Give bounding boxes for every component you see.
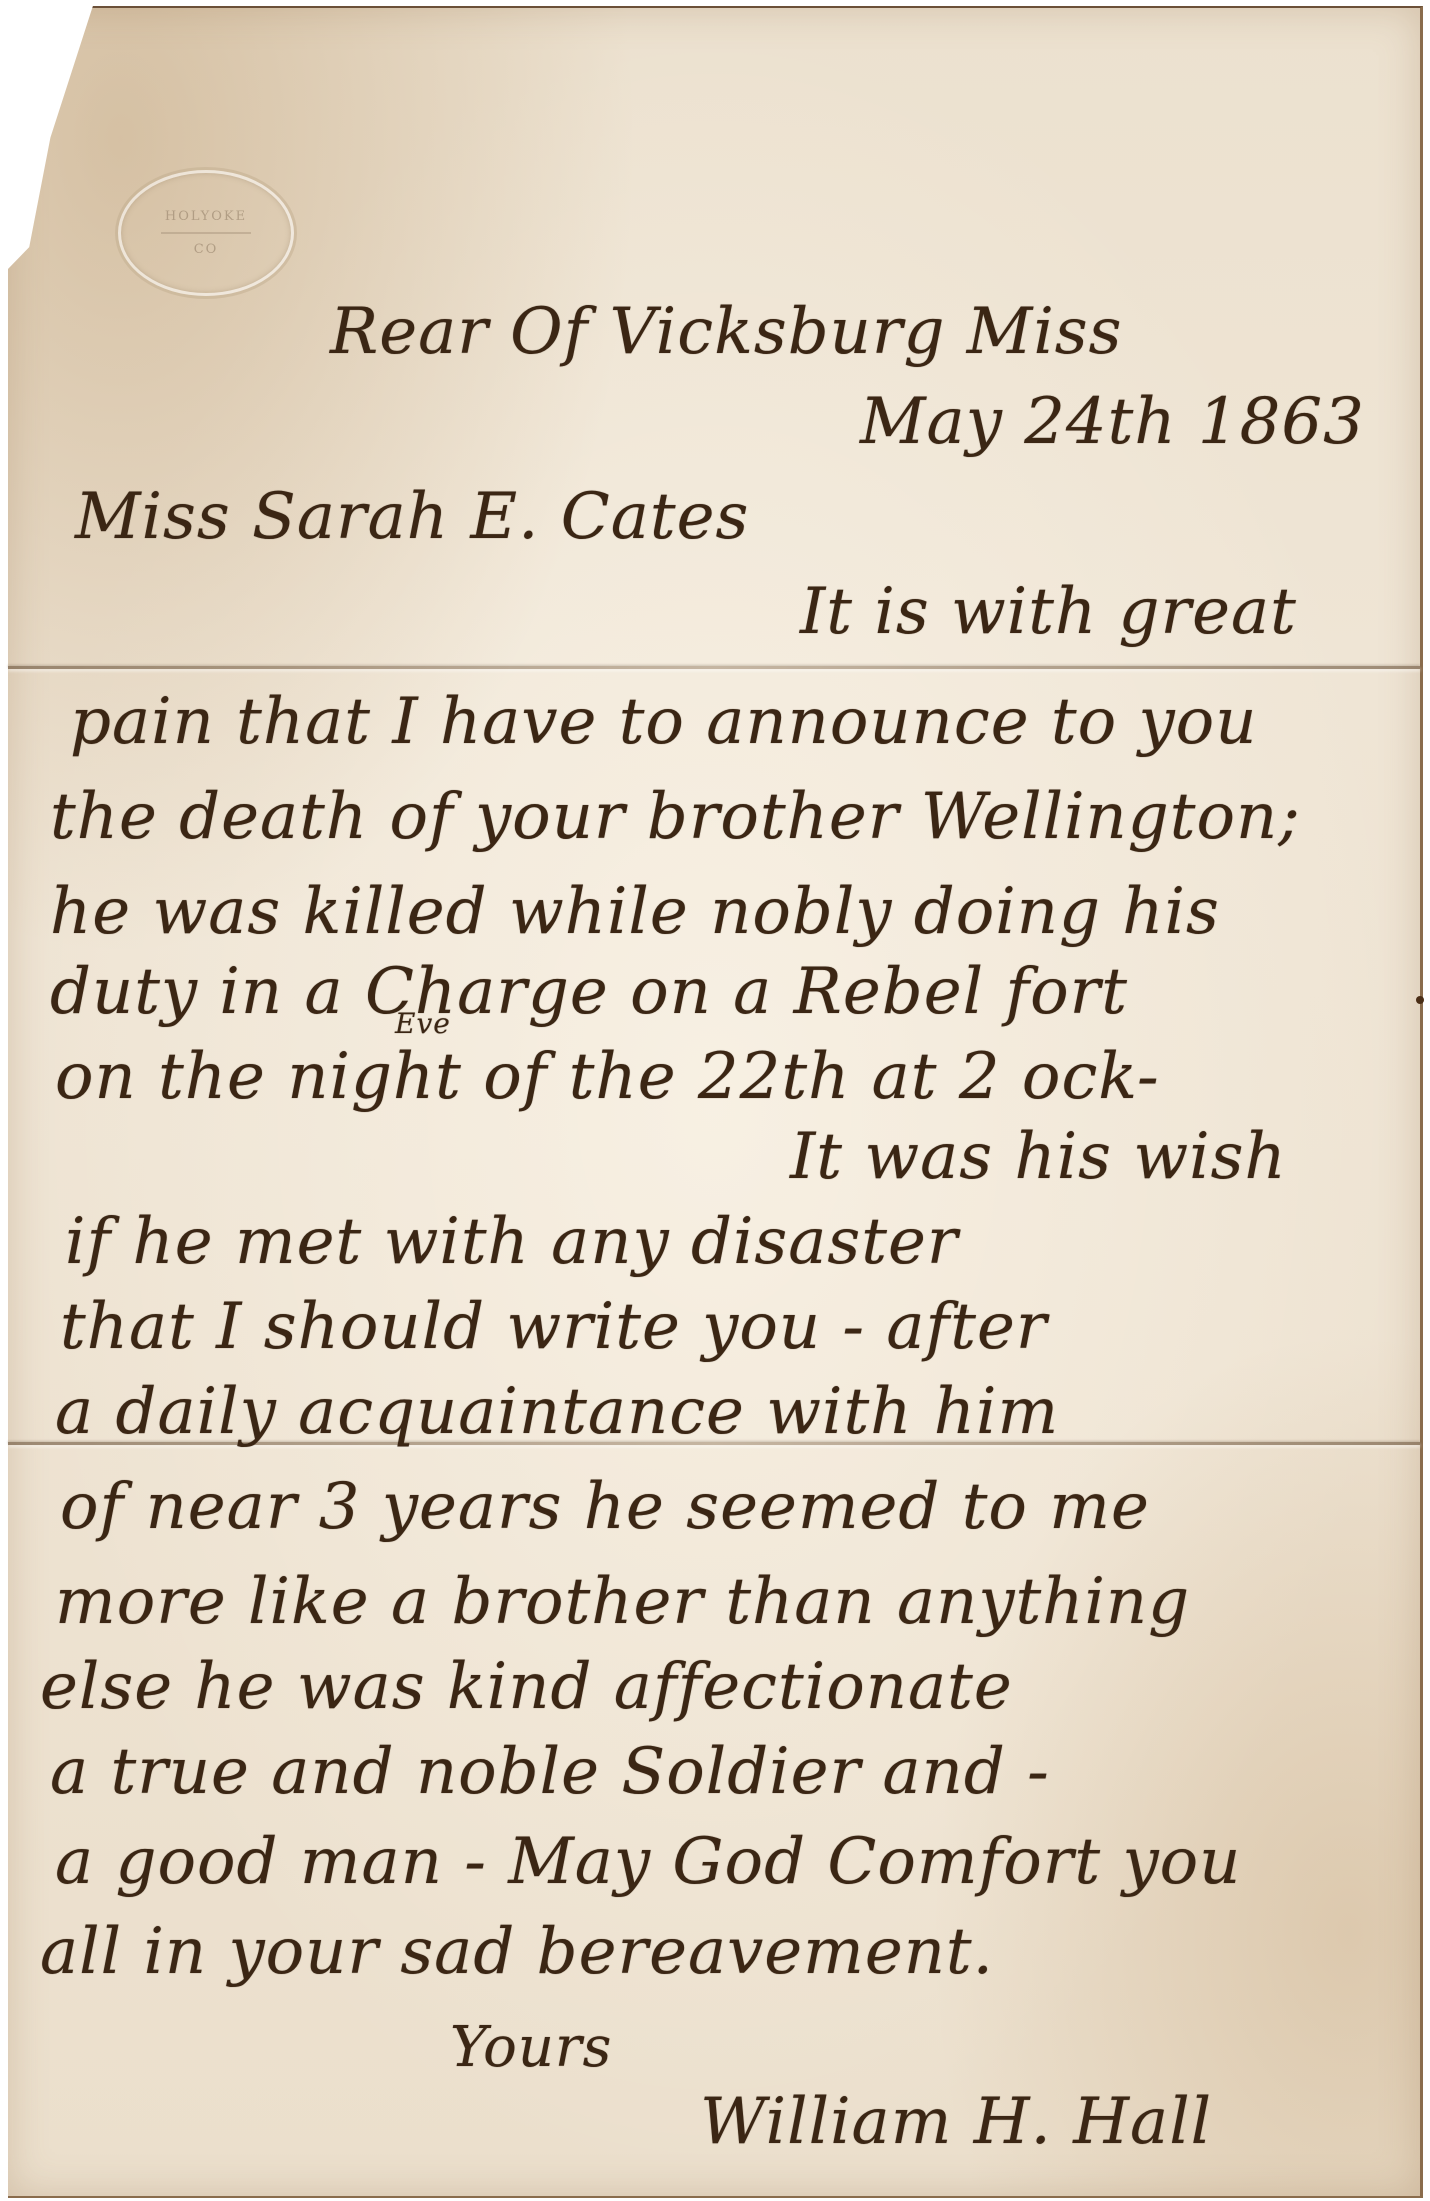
body-line-2: pain that I have to announce to you xyxy=(70,690,1257,754)
body-line-6: on the night of the 22th at 2 ock- xyxy=(55,1045,1160,1109)
insertion-eve: Eve xyxy=(395,1010,451,1038)
body-line-8: if he met with any disaster xyxy=(65,1210,958,1274)
seal-bottom-text: CO xyxy=(194,242,219,257)
heading-place: Rear Of Vicksburg Miss xyxy=(330,300,1122,364)
signature: William H. Hall xyxy=(700,2090,1212,2154)
body-line-11: of near 3 years he seemed to me xyxy=(60,1475,1150,1539)
body-line-10: a daily acquaintance with him xyxy=(55,1380,1059,1444)
body-line-9: that I should write you - after xyxy=(60,1295,1047,1359)
ink-spot xyxy=(1416,996,1424,1004)
heading-date: May 24th 1863 xyxy=(860,390,1365,454)
fold-line-upper xyxy=(8,666,1420,669)
body-line-4: he was killed while nobly doing his xyxy=(50,880,1220,944)
body-line-7: It was his wish xyxy=(790,1125,1287,1189)
body-line-14: a true and noble Soldier and - xyxy=(50,1740,1050,1804)
body-line-3: the death of your brother Wellington; xyxy=(50,785,1301,849)
salutation: Miss Sarah E. Cates xyxy=(75,485,749,549)
body-line-1: It is with great xyxy=(800,580,1297,644)
body-line-13: else he was kind affectionate xyxy=(40,1655,1013,1719)
embossed-seal-icon: HOLYOKE CO xyxy=(118,170,294,296)
closing: Yours xyxy=(450,2020,612,2076)
body-line-12: more like a brother than anything xyxy=(55,1570,1190,1634)
body-line-5: duty in a Charge on a Rebel fort xyxy=(50,960,1128,1024)
body-line-15: a good man - May God Comfort you xyxy=(55,1830,1241,1894)
seal-top-text: HOLYOKE xyxy=(165,209,247,224)
body-line-16: all in your sad bereavement. xyxy=(40,1920,994,1984)
